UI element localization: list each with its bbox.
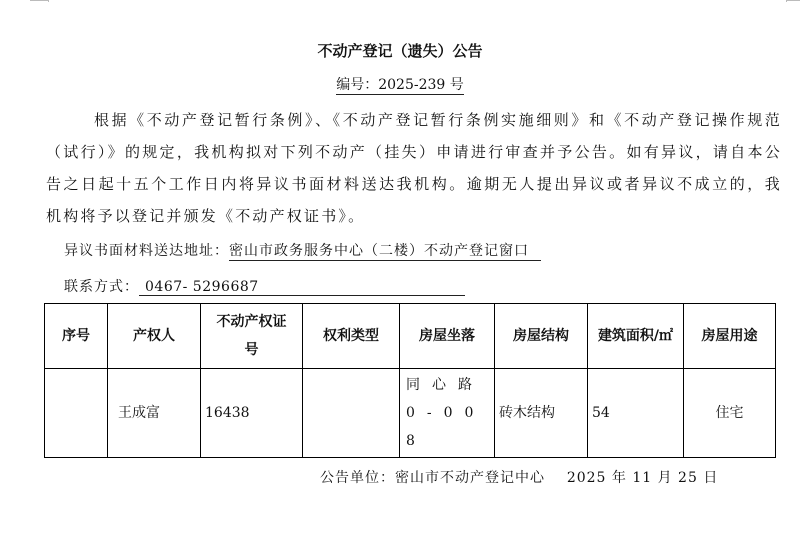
contact-value: 0467- 5296687 <box>139 279 465 296</box>
header-right-type: 权利类型 <box>303 304 400 369</box>
cell-structure: 砖木结构 <box>495 369 588 458</box>
cell-right-type <box>303 369 400 458</box>
table-header-row: 序号 产权人 不动产权证号 权利类型 房屋坐落 房屋结构 建筑面积/㎡ 房屋用途 <box>45 304 776 369</box>
document-number-text: 编号：2025-239 号 <box>336 77 464 95</box>
header-owner: 产权人 <box>108 304 201 369</box>
issuer-name: 密山市不动产登记中心 <box>395 470 545 486</box>
page-corner-mark-left <box>30 0 48 1</box>
document-title: 不动产登记（遗失）公告 <box>0 40 800 61</box>
document-number: 编号：2025-239 号 <box>0 74 800 94</box>
cell-cert-number: 16438 <box>201 369 303 458</box>
contact-label: 联系方式： <box>64 279 139 295</box>
header-cert-number: 不动产权证号 <box>201 304 303 369</box>
address-value: 密山市政务服务中心（二楼）不动产登记窗口 <box>229 240 541 261</box>
page-corner-mark-right-v <box>786 0 787 2</box>
property-table: 序号 产权人 不动产权证号 权利类型 房屋坐落 房屋结构 建筑面积/㎡ 房屋用途… <box>44 303 776 458</box>
header-usage: 房屋用途 <box>684 304 776 369</box>
address-label: 异议书面材料送达地址： <box>64 243 229 259</box>
cell-owner: 王成富 <box>108 369 201 458</box>
cell-area: 54 <box>588 369 684 458</box>
cell-serial <box>45 369 108 458</box>
cell-usage: 住宅 <box>684 369 776 458</box>
cell-location: 同心路0-008 <box>400 369 495 458</box>
page-corner-mark-right <box>786 0 800 1</box>
table-row: 王成富 16438 同心路0-008 砖木结构 54 住宅 <box>45 369 776 458</box>
header-serial: 序号 <box>45 304 108 369</box>
issuer-label: 公告单位： <box>320 470 395 486</box>
header-structure: 房屋结构 <box>495 304 588 369</box>
contact-line: 联系方式：0467- 5296687 <box>64 276 465 296</box>
page-corner-mark-left-v <box>48 0 49 2</box>
footer-signature: 公告单位：密山市不动产登记中心 2025 年 11 月 25 日 <box>320 467 718 487</box>
header-area: 建筑面积/㎡ <box>588 304 684 369</box>
header-location: 房屋坐落 <box>400 304 495 369</box>
address-line: 异议书面材料送达地址：密山市政务服务中心（二楼）不动产登记窗口 <box>64 240 541 261</box>
issue-date: 2025 年 11 月 25 日 <box>567 470 719 486</box>
paragraph-text: 根据《不动产登记暂行条例》、《不动产登记暂行条例实施细则》和《不动产登记操作规范… <box>46 111 782 225</box>
announcement-paragraph: 根据《不动产登记暂行条例》、《不动产登记暂行条例实施细则》和《不动产登记操作规范… <box>46 104 782 232</box>
